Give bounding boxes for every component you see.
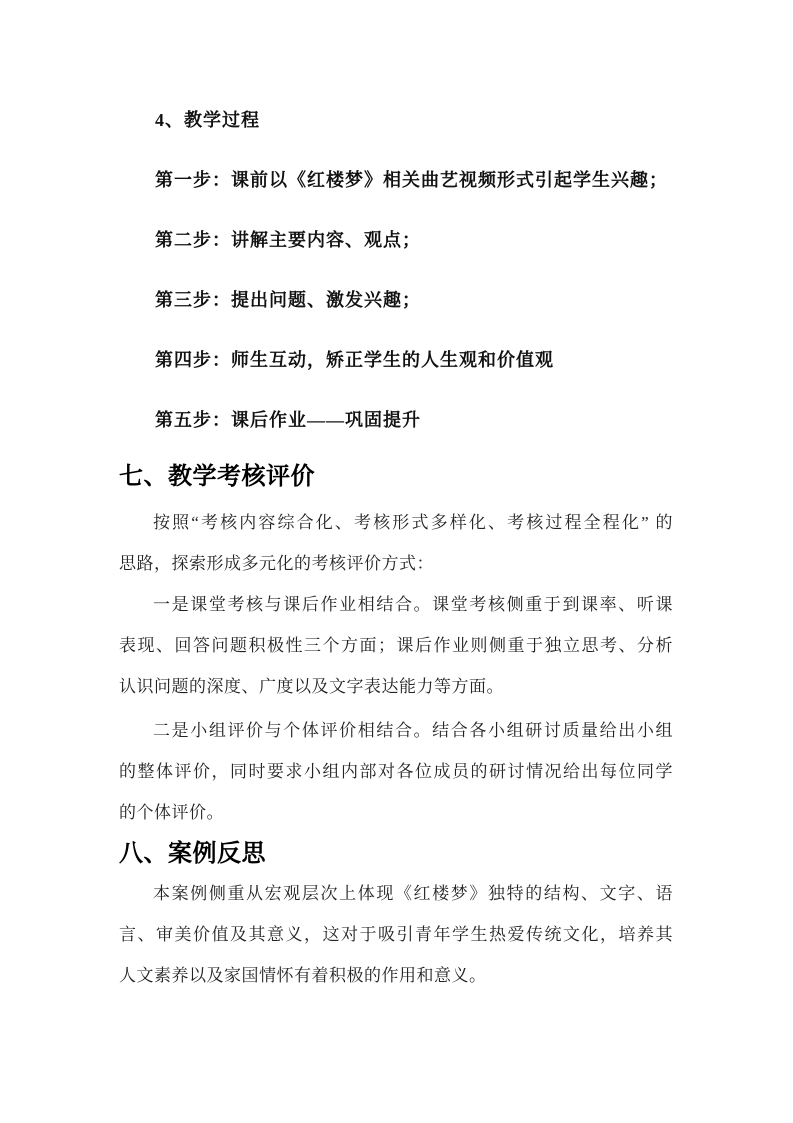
- para-case-reflection: 本案例侧重从宏观层次上体现《红楼梦》独特的结构、文字、语言、审美价值及其意义，这…: [119, 873, 673, 996]
- para-assessment-approach: 按照“考核内容综合化、考核形式多样化、考核过程全程化” 的思路，探索形成多元化的…: [119, 502, 673, 584]
- para-group-and-individual-assessment: 二是小组评价与个体评价相结合。结合各小组研讨质量给出小组的整体评价，同时要求小组…: [119, 710, 673, 833]
- step-5: 第五步：课后作业——巩固提升: [119, 390, 673, 450]
- step-1: 第一步：课前以《红楼梦》相关曲艺视频形式引起学生兴趣；: [119, 150, 673, 210]
- text-line: 认识问题的深度、广度以及文字表达能力等方面。: [119, 666, 673, 707]
- document-content: 4、教学过程第一步：课前以《红楼梦》相关曲艺视频形式引起学生兴趣；第二步：讲解主…: [119, 90, 673, 996]
- text-line: 按照“考核内容综合化、考核形式多样化、考核过程全程化” 的: [119, 502, 673, 543]
- text-line: 的整体评价，同时要求小组内部对各位成员的研讨情况给出每位同学: [119, 751, 673, 792]
- teaching-process-title: 4、教学过程: [119, 90, 673, 150]
- section-8-heading: 八、案例反思: [119, 837, 673, 871]
- step-4: 第四步：师生互动，矫正学生的人生观和价值观: [119, 330, 673, 390]
- step-3: 第三步：提出问题、激发兴趣；: [119, 270, 673, 330]
- text-line: 人文素养以及家国情怀有着积极的作用和意义。: [119, 955, 673, 996]
- text-line: 思路，探索形成多元化的考核评价方式：: [119, 543, 673, 584]
- text-line: 言、审美价值及其意义，这对于吸引青年学生热爱传统文化，培养其: [119, 914, 673, 955]
- text-line: 的个体评价。: [119, 792, 673, 833]
- text-line: 表现、回答问题积极性三个方面；课后作业则侧重于独立思考、分析: [119, 625, 673, 666]
- step-2: 第二步：讲解主要内容、观点；: [119, 210, 673, 270]
- text-line: 二是小组评价与个体评价相结合。结合各小组研讨质量给出小组: [119, 710, 673, 751]
- section-7-heading: 七、教学考核评价: [119, 460, 673, 494]
- para-classroom-and-homework-assessment: 一是课堂考核与课后作业相结合。课堂考核侧重于到课率、听课表现、回答问题积极性三个…: [119, 584, 673, 707]
- text-line: 本案例侧重从宏观层次上体现《红楼梦》独特的结构、文字、语: [119, 873, 673, 914]
- document-page: 4、教学过程第一步：课前以《红楼梦》相关曲艺视频形式引起学生兴趣；第二步：讲解主…: [0, 0, 793, 1123]
- text-line: 一是课堂考核与课后作业相结合。课堂考核侧重于到课率、听课: [119, 584, 673, 625]
